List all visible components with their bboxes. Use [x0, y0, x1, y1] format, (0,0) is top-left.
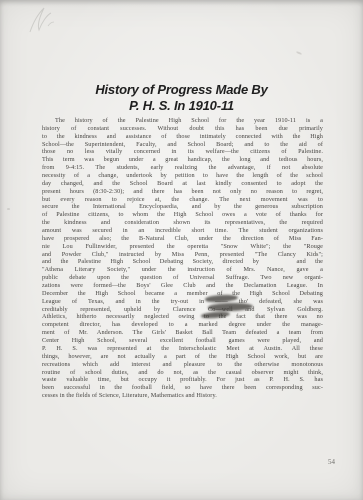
body-line: present hours (8:30-2:30); and there has…	[42, 188, 323, 196]
body-line: competent director, has developed to a m…	[42, 321, 323, 329]
pencil-scribble	[24, 2, 66, 40]
scan-speck	[7, 208, 10, 210]
body-line: This term was begun under a great handic…	[42, 156, 323, 164]
body-line: ment of Mr. Anderson. The Girls' Basket …	[42, 329, 323, 337]
body-line: those no less vitally concerned in its w…	[42, 148, 323, 156]
body-line: "Athena Literary Society," under the ins…	[42, 266, 323, 274]
body-line: but every reason to rejoice at, the chan…	[42, 196, 323, 204]
body-line: Athletics, hitherto necessarily neglecte…	[42, 313, 323, 321]
page-title-line2: P. H. S. In 1910-11	[0, 98, 363, 114]
body-line: recreations which add interest and pleas…	[42, 361, 323, 369]
body-line: necessity of a change, undertook by peti…	[42, 172, 323, 180]
body-line: history of constant successes. Without d…	[42, 125, 323, 133]
body-line: and the Palestine High School Debating S…	[42, 258, 323, 266]
body-line: things, however, are not actually a part…	[42, 353, 323, 361]
body-line: School—the Superintendent, Faculty, and …	[42, 141, 323, 149]
body-line: to the kindness and assistance of those …	[42, 133, 323, 141]
body-text: The history of the Palestine High School…	[42, 117, 323, 400]
body-line: been successful in the football field, s…	[42, 384, 323, 392]
body-line: amount was secured in an incredible shor…	[42, 227, 323, 235]
page-number: 54	[328, 458, 335, 466]
body-line: December the High School became a member…	[42, 290, 323, 298]
body-line: from 9-4:15. The students, early realizi…	[42, 164, 323, 172]
body-line: Center High School, several excellent fo…	[42, 337, 323, 345]
body-line: and Powder Club," instructed by Miss Pen…	[42, 251, 323, 259]
body-line: cesses in the fields of Science, Literat…	[42, 392, 323, 400]
body-line: the kindness and consideration shown its…	[42, 219, 323, 227]
body-line: creditably represented, upheld by Claren…	[42, 306, 323, 314]
body-line: secure the International Encyclopaedia, …	[42, 203, 323, 211]
body-line: have prospered also; the B-Natural Club,…	[42, 235, 323, 243]
body-line: routine of school duties, and do not, as…	[42, 369, 323, 377]
body-line: The history of the Palestine High School…	[42, 117, 323, 125]
body-line: League of Texas, and in the try-out in —…	[42, 298, 323, 306]
body-line: of Palestine citizens, to whom the High …	[42, 211, 323, 219]
body-line: P. H. S. was represented at the Intersch…	[42, 345, 323, 353]
page-title-line1: History of Progress Made By	[0, 82, 363, 98]
body-line: nie Lou Fullinwider, presented the opere…	[42, 243, 323, 251]
scan-speck	[296, 51, 302, 55]
body-line: day changed, and the School Board at las…	[42, 180, 323, 188]
body-line: zations were formed—the Boys' Glee Club …	[42, 282, 323, 290]
scanned-page: History of Progress Made By P. H. S. In …	[0, 0, 363, 500]
body-line: waste valuable time, but occupy it profi…	[42, 376, 323, 384]
body-line: public debate upon the question of Unive…	[42, 274, 323, 282]
page-title: History of Progress Made By P. H. S. In …	[0, 82, 363, 114]
